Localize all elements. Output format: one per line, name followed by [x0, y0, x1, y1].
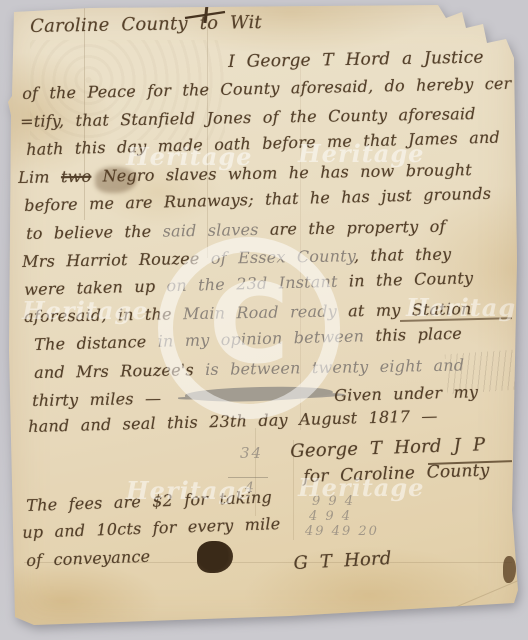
handwritten-line: of conveyance [26, 547, 151, 570]
handwritten-line: up and 10cts for every mile [22, 514, 281, 542]
handwritten-line: Caroline County to Wit [30, 12, 262, 37]
figures-sum-line [228, 477, 268, 478]
line-text: this place [364, 324, 462, 346]
pencil-traced-text: in my opinion between [157, 326, 364, 350]
handwritten-line: The distance in my opinion between this … [34, 324, 462, 354]
line-text: The fees are $2 for taking [26, 487, 272, 515]
line-text: thirty miles — [32, 389, 161, 410]
ink-smudge [95, 167, 137, 193]
ink-spot-edge [503, 556, 516, 583]
pencil-traced-text: said slaves [162, 220, 258, 241]
ink-blot [197, 541, 233, 573]
faint-figures: 34 [240, 444, 263, 462]
fold-crease [443, 580, 519, 613]
handwritten-line: Given under my [334, 382, 478, 405]
line-text: , that they [354, 245, 452, 266]
line-text: were taken up [24, 276, 167, 299]
pencil-traced-text: is between twenty eight and [205, 355, 464, 379]
line-text: Mrs Harriot Rouzee [22, 249, 211, 271]
line-text: before me are Runaways; that he has just… [24, 184, 491, 215]
line-text: aforesaid, in the [24, 304, 183, 326]
faint-figures: 9 9 4 [312, 494, 355, 509]
signature-text: George T Hord J P [290, 434, 486, 462]
handwritten-line: The fees are $2 for taking [26, 487, 272, 515]
signature-line: for Caroline County [303, 461, 490, 487]
faint-figures: 4 9 4 [309, 509, 352, 524]
signature-line: G T Hord [293, 548, 392, 574]
handwritten-line: and Mrs Rouzee's is between twenty eight… [34, 355, 464, 382]
pencil-traced-text: of Essex County [211, 246, 354, 267]
line-text: I George T Hord a Justice [228, 48, 484, 72]
signature-text: G T Hord [293, 548, 392, 574]
manuscript-paper: 34 4 9 9 4 4 9 4 49 49 20 Caroline Count… [0, 0, 528, 640]
line-text: The distance [34, 332, 158, 354]
ink-cross-mark [183, 4, 227, 24]
handwritten-line: were taken up on the 23d Instant in the … [24, 268, 473, 299]
line-text: up and 10cts for every mile [22, 514, 281, 542]
faint-figures: 49 49 20 [305, 524, 379, 539]
pencil-redaction-scribble [185, 384, 333, 403]
handwritten-line: hand and seal this 23th day August 1817 … [28, 406, 438, 436]
line-text: in the County [337, 268, 473, 291]
pencil-traced-text: on the 23d Instant [166, 272, 338, 295]
line-text: of conveyance [26, 547, 151, 570]
paper-shadow: 34 4 9 9 4 4 9 4 49 49 20 Caroline Count… [0, 0, 528, 640]
line-text: at my Station [337, 299, 472, 320]
line-text: Negro slaves whom he has now brought [91, 160, 472, 186]
handwritten-line: thirty miles — [32, 389, 161, 410]
line-text: Caroline County to Wit [30, 12, 262, 37]
line-text: Lim [18, 167, 61, 187]
handwritten-line: before me are Runaways; that he has just… [24, 184, 491, 215]
line-text: Given under my [334, 382, 478, 405]
line-text: are the property of [258, 217, 445, 239]
handwritten-line: Lim two Negro slaves whom he has now bro… [18, 160, 472, 187]
handwritten-line: aforesaid, in the Main Road ready at my … [24, 299, 472, 326]
signature-text: for Caroline County [303, 461, 490, 487]
line-text: hand and seal this 23th day August 1817 … [28, 406, 438, 436]
photo-background: 34 4 9 9 4 4 9 4 49 49 20 Caroline Count… [0, 0, 528, 640]
handwritten-line: Mrs Harriot Rouzee of Essex County, that… [22, 245, 451, 271]
struck-word: two [61, 167, 92, 187]
handwritten-line: I George T Hord a Justice [228, 48, 484, 72]
handwritten-line: to believe the said slaves are the prope… [26, 217, 446, 243]
pencil-traced-text: Main Road ready [183, 302, 337, 324]
line-text: to believe the [26, 222, 163, 243]
line-text: and Mrs Rouzee's [34, 360, 205, 382]
signature-line: George T Hord J P [290, 434, 486, 462]
